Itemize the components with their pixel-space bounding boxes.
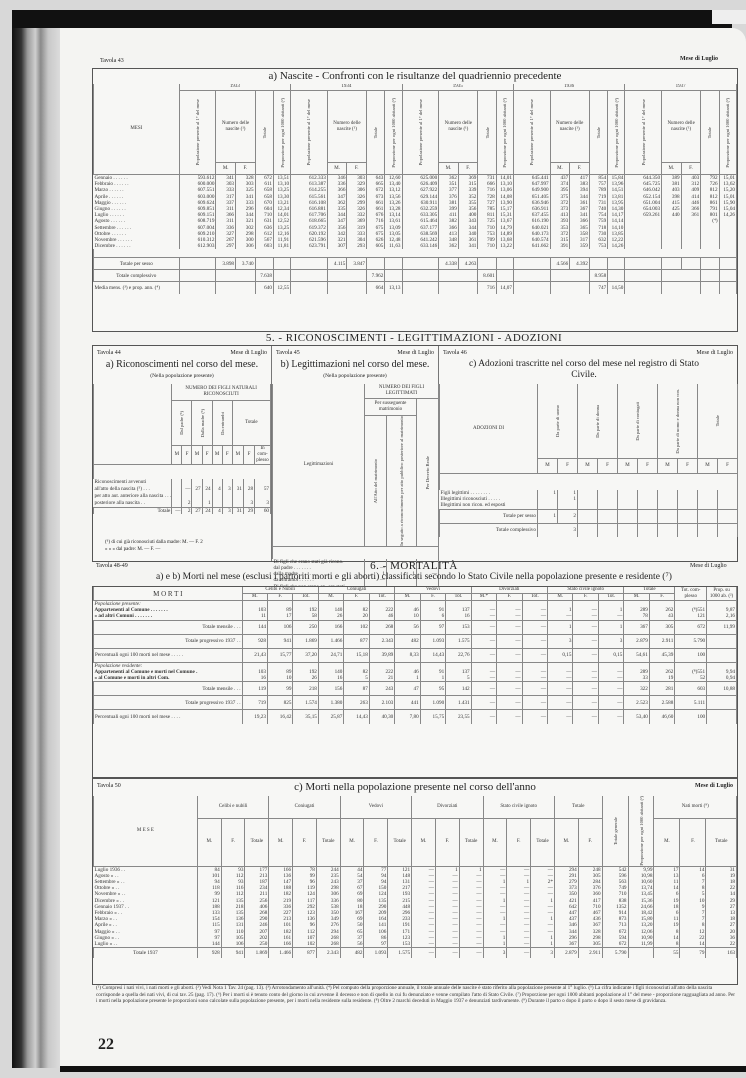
table-cell: 612.333 <box>291 175 328 182</box>
sex-header: M. <box>550 163 570 175</box>
table-cell <box>293 662 318 669</box>
table-cell: 46,60 <box>649 710 674 724</box>
table-cell <box>624 662 649 669</box>
table-cell: 16 <box>318 675 343 682</box>
sex-header: M. <box>197 819 221 867</box>
sex-header: M. <box>340 819 364 867</box>
table-cell: — <box>412 948 436 958</box>
table-cell: 672 <box>602 941 628 948</box>
table-cell: 1 <box>531 941 555 948</box>
sex-header: M. <box>554 819 578 867</box>
sex-header: F <box>202 446 212 465</box>
table-cell: 941 <box>221 948 245 958</box>
table-cell <box>291 270 328 282</box>
table-cell <box>707 662 737 669</box>
table-cell: 1.869 <box>245 948 269 958</box>
table-cell: 8,33 <box>395 648 420 662</box>
table-cell: 250 <box>245 941 269 948</box>
table-cell: 3 <box>255 500 271 507</box>
totale-complessivo-label: Totale complessivo <box>94 270 180 282</box>
group-header: Totale generale <box>602 796 628 866</box>
row-label: » al Comune e morti in altri Com. <box>94 675 243 682</box>
totale-progressivo-row: Totale progressivo 1937 . .7198251.5741.… <box>94 696 737 710</box>
group-header: Totale <box>554 796 602 819</box>
table-cell: 542 <box>602 866 628 873</box>
table-cell: 40,30 <box>369 710 394 724</box>
table-cell: 106 <box>221 941 245 948</box>
table-cell: 2.103 <box>369 696 394 710</box>
table-cell: 19,23 <box>242 710 267 724</box>
totale-progressivo-row: Totale progressivo 1937 . .9289411.8691.… <box>94 634 737 648</box>
table-cell: 8.958 <box>589 270 607 282</box>
table-cell: 22 <box>706 941 737 948</box>
table-cell: 341 <box>216 175 236 182</box>
col-header: Totale <box>698 384 738 459</box>
col-header: Da entrambi <box>212 401 232 446</box>
table-cell: — <box>435 941 459 948</box>
table-cell: 14,50 <box>608 282 625 294</box>
table-cell <box>662 258 682 270</box>
vertical-header: Totale <box>715 415 720 426</box>
col-header: Da parte di donna <box>578 384 618 459</box>
table-cell: 121 <box>675 613 707 620</box>
table-cell: 268 <box>316 941 340 948</box>
group-header: NUMERO DEI FIGLI LEGITTIMATI <box>365 384 439 399</box>
riconoscimenti-title: a) Riconoscimenti nel corso del mese. <box>93 359 271 370</box>
table-cell: 625.000 <box>402 175 439 182</box>
table-cell: 8.601 <box>478 270 496 282</box>
table-cell: — <box>573 620 598 634</box>
totale-sesso-row: Totale per sesso12 <box>440 509 738 523</box>
table-cell <box>707 696 737 710</box>
table-cell <box>625 270 662 282</box>
table-cell: 39,89 <box>369 648 394 662</box>
table-cell: — <box>497 634 522 648</box>
table-cell: — <box>598 613 623 620</box>
prop-header: Proporzione per ogni 1000 abitanti (²) <box>496 91 513 175</box>
table-cell <box>658 509 678 523</box>
table-cell <box>212 500 222 507</box>
table-cell: 1.575 <box>388 948 412 958</box>
morti-anno-frame: Tavola 50 Mese di Luglio c) Morti nella … <box>92 778 738 985</box>
table-cell <box>698 523 718 537</box>
table-cell: 305 <box>578 941 602 948</box>
vertical-header: Totale <box>707 127 712 138</box>
num-header: Numero delle nascite (¹) <box>439 91 478 163</box>
vertical-header: Popolazione presente al 1° del mese <box>195 99 200 165</box>
table-cell <box>202 493 212 500</box>
sex-header: M. <box>439 163 459 175</box>
table-cell: 362 <box>439 175 459 182</box>
table-cell: 1 <box>435 866 459 873</box>
sex-header: Tot. <box>446 594 471 601</box>
sex-header: M. <box>327 163 347 175</box>
tot-header: Totale <box>366 91 384 175</box>
table-cell: 389 <box>662 175 682 182</box>
table-cell: 102 <box>344 620 369 634</box>
table-cell <box>478 258 496 270</box>
table-cell: 29 <box>243 507 254 514</box>
vertical-header: Popolazione presente al 1° del mese <box>641 99 646 165</box>
table-cell: 367 <box>554 941 578 948</box>
vertical-header: Dalla madre (⁶) <box>200 409 205 437</box>
table-cell: 1.574 <box>293 696 318 710</box>
section-label: Popolazione presente: <box>94 601 243 608</box>
table-cell: 26 <box>318 613 343 620</box>
sex-header: Totale <box>459 819 483 867</box>
legittimazioni-panel: Tavola 45 Mese di Luglio b) Legittimazio… <box>272 346 439 561</box>
table-cell: 6 <box>420 613 445 620</box>
table-cell: 100 <box>675 648 707 662</box>
table-cell: — <box>522 648 547 662</box>
table-cell: 1 <box>202 500 212 507</box>
table-cell <box>273 270 290 282</box>
table-cell <box>212 479 222 486</box>
table-cell: 825 <box>267 696 292 710</box>
sex-header: M <box>232 446 243 465</box>
table-cell <box>662 270 701 282</box>
sex-header: M. <box>269 819 293 867</box>
vertical-header: Totale <box>485 127 490 138</box>
table-cell: 79 <box>680 948 706 958</box>
table-cell: 121 <box>388 866 412 873</box>
table-cell <box>678 502 698 509</box>
totale-sesso-row: Totale per sesso3.8983.7404.1153.8474.33… <box>94 258 737 270</box>
table-cell: 1 <box>483 941 507 948</box>
table-cell: 2 <box>558 509 578 523</box>
table-cell: 603 <box>675 682 707 696</box>
sex-header: Totale <box>531 819 555 867</box>
tavola-46-label: Tavola 46 <box>443 350 467 356</box>
table-cell <box>719 282 736 294</box>
table-cell: 46 <box>369 613 394 620</box>
table-row: » ad altri Comuni . . . . . . .111758262… <box>94 613 737 620</box>
media-row: Media mens. (³) e prop. ann. (⁴)64012,55… <box>94 282 737 294</box>
vertical-header: Popolazione presente al 1° del mese <box>529 99 534 165</box>
table-cell: 16,42 <box>267 710 292 724</box>
table-cell: — <box>573 696 598 710</box>
totale-complessivo-row: Totale complessivo7.6387.9628.6018.958 <box>94 270 737 282</box>
table-cell: 60 <box>255 507 271 514</box>
col-header: Dal padre (⁶) <box>172 401 192 446</box>
row-label: all'atto della nascita (⁵) . . . <box>94 486 172 493</box>
table-cell: 3 <box>598 634 623 648</box>
table-cell <box>707 634 737 648</box>
table-row: Riconoscimenti avvenuti <box>94 479 271 486</box>
table-cell: 33 <box>624 675 649 682</box>
mortalita-title: a) e b) Morti nel mese (esclusi i partor… <box>92 572 736 582</box>
vertical-header: Popolazione presente al 1° del mese <box>306 99 311 165</box>
table-cell: 166 <box>269 866 293 873</box>
table-cell: — <box>471 696 496 710</box>
vertical-header: Dal padre (⁶) <box>179 411 184 435</box>
table-cell <box>598 523 618 537</box>
totale-compl-label: Totale complessivo <box>440 523 538 537</box>
table-cell <box>179 282 216 294</box>
table-cell <box>192 493 202 500</box>
table-cell <box>242 662 267 669</box>
table-cell: 3 <box>548 634 573 648</box>
sex-header: Totale <box>316 819 340 867</box>
table-cell: 87 <box>344 682 369 696</box>
table-cell <box>273 546 439 559</box>
table-cell <box>573 601 598 608</box>
table-cell: 2,16 <box>707 613 737 620</box>
table-cell <box>701 282 719 294</box>
table-cell: 218 <box>293 682 318 696</box>
col-header: In seguito a riconoscimento per atto pub… <box>387 416 417 547</box>
table-row: Gennaio . . . . . .593.61234132867213,51… <box>94 175 737 182</box>
table-cell <box>678 509 698 523</box>
table-cell: 177 <box>245 866 269 873</box>
table-cell: 3 <box>222 507 232 514</box>
table-cell: 294 <box>554 866 578 873</box>
table-cell: 1.575 <box>446 634 471 648</box>
table-cell <box>182 493 192 500</box>
mortalita-table-frame: M O R T ICelibi e NubiliConiugatiVedoviD… <box>92 586 738 778</box>
table-cell: 56 <box>340 941 364 948</box>
table-cell <box>222 500 232 507</box>
table-cell <box>608 270 625 282</box>
table-cell: — <box>598 682 623 696</box>
table-cell <box>216 270 255 282</box>
sex-header: F <box>598 459 618 474</box>
table-cell: 482 <box>340 948 364 958</box>
sex-header: Tot. <box>293 594 318 601</box>
table-cell: 97 <box>420 620 445 634</box>
table-cell: 322 <box>624 682 649 696</box>
num-header: Numero delle nascite (¹) <box>216 91 255 163</box>
sex-header: M. <box>548 594 573 601</box>
vertical-header: Totale <box>373 127 378 138</box>
table-cell: 643 <box>366 175 384 182</box>
table-cell <box>701 270 719 282</box>
table-cell <box>202 479 212 486</box>
vertical-header: Per Decreto Reale <box>425 456 430 489</box>
sex-header: M. <box>395 594 420 601</box>
sex-header: M. <box>483 819 507 867</box>
legittimazioni-title: b) Legittimazioni nel corso del mese. <box>272 359 438 370</box>
table-cell: 3.847 <box>347 258 367 270</box>
sex-header: Totale <box>388 819 412 867</box>
table-cell <box>598 502 618 509</box>
table-cell <box>94 465 271 480</box>
table-cell <box>255 258 273 270</box>
subgroup-header: Per susseguente matrimonio <box>365 399 417 416</box>
table-cell: 3 <box>483 948 507 958</box>
table-cell: 14,43 <box>420 648 445 662</box>
table-cell <box>192 479 202 486</box>
table-cell <box>344 662 369 669</box>
table-cell: 10,88 <box>707 682 737 696</box>
table-cell: 47 <box>395 682 420 696</box>
table-cell <box>255 493 271 500</box>
table-cell <box>578 502 598 509</box>
scan-corner <box>712 10 746 24</box>
table-cell: 1 <box>459 866 483 873</box>
sex-header: M <box>658 459 678 474</box>
table-cell: 731 <box>478 175 496 182</box>
table-cell: 417 <box>570 175 590 182</box>
vertical-header: Da entrambi <box>220 412 225 435</box>
table-cell: 672 <box>255 175 273 182</box>
sex-header: F. <box>267 594 292 601</box>
table-cell <box>550 282 589 294</box>
morti-anno-table: M E S ECelibi e nubiliConiugatiVedoviDiv… <box>93 796 737 958</box>
table-cell: 268 <box>369 620 394 634</box>
table-cell: 369 <box>458 175 478 182</box>
note-padre: » » » dal padre: M. — F. — <box>105 547 160 552</box>
table-cell: — <box>573 648 598 662</box>
table-cell: 14 <box>680 866 706 873</box>
table-cell: — <box>459 948 483 958</box>
table-cell: 640 <box>255 282 273 294</box>
table-cell: — <box>497 613 522 620</box>
sex-header: M <box>538 459 558 474</box>
table-cell <box>273 258 290 270</box>
table-cell: 144 <box>242 620 267 634</box>
table-cell: 153 <box>388 941 412 948</box>
vertical-header: Da parte di uomo e donna non con. <box>675 389 680 454</box>
table-cell: 941 <box>267 634 292 648</box>
table-cell <box>232 479 243 486</box>
table-cell <box>698 502 718 509</box>
row-label: per atto aut. anteriore alla nascita . .… <box>94 493 172 500</box>
vertical-header: Totale generale <box>613 817 618 845</box>
group-header: Coniugati <box>269 796 340 819</box>
table-cell: 367 <box>624 620 649 634</box>
vertical-header: Da parte di coniugati <box>635 402 640 441</box>
sex-header: F. <box>578 819 602 867</box>
table-cell: 20 <box>344 613 369 620</box>
table-cell: 243 <box>369 682 394 696</box>
sex-header: M. <box>412 819 436 867</box>
mortalita-grid: M O R T ICelibi e NubiliConiugatiVedoviD… <box>93 587 737 724</box>
table-cell: 1 <box>420 675 445 682</box>
table-cell: 644.350 <box>625 175 662 182</box>
table-cell: — <box>522 675 547 682</box>
sex-header: F. <box>364 819 388 867</box>
prop-header: Proporzione per ogni 1000 abitanti (²) <box>608 91 625 175</box>
table-cell: 2 <box>182 500 192 507</box>
table-cell: 664 <box>366 282 384 294</box>
table-cell <box>369 662 394 669</box>
tot-header: Totale <box>255 91 273 175</box>
table-cell <box>497 601 522 608</box>
col-header: All'Atto del matrimonio <box>365 416 387 547</box>
sex-header: F. <box>681 163 701 175</box>
table-cell: 4.392 <box>570 258 590 270</box>
table-cell: — <box>522 620 547 634</box>
table-cell: 163 <box>706 948 737 958</box>
table-cell: 1.093 <box>364 948 388 958</box>
table-cell: 1.869 <box>293 634 318 648</box>
totale-label: Totale <box>94 507 172 514</box>
percentuali-row: Percentuali ogni 100 morti nel mese . . … <box>94 710 737 724</box>
vertical-header: Totale <box>596 127 601 138</box>
table-cell <box>638 509 658 523</box>
totale-mensile-row: Totale mensile . . .11999218156872434795… <box>94 682 737 696</box>
table-cell: — <box>573 675 598 682</box>
table-cell <box>513 282 550 294</box>
tavola-43-label: Tavola 43 <box>100 58 124 64</box>
table-cell: 1 <box>395 675 420 682</box>
table-cell: — <box>507 941 531 948</box>
table-cell: 16 <box>446 613 471 620</box>
table-cell <box>578 523 598 537</box>
col-header: Da parte di uomo e donna non con. <box>658 384 698 459</box>
totale-label: Totale 1937 <box>94 948 198 958</box>
table-cell: — <box>548 613 573 620</box>
group-header: Stato civile ignoto <box>483 796 554 819</box>
table-cell: 854 <box>589 175 607 182</box>
table-cell <box>496 270 513 282</box>
sex-header: M <box>698 459 718 474</box>
table-cell <box>172 486 182 493</box>
table-cell: 3 <box>222 486 232 493</box>
table-cell: 11,99 <box>707 620 737 634</box>
table-cell: — <box>573 710 598 724</box>
group-header: Tot. com-plesso <box>675 587 707 601</box>
table-cell <box>179 258 216 270</box>
media-label: Media mens. (³) e prop. ann. (⁴) <box>94 282 180 294</box>
tavola-43-month: Mese di Luglio <box>680 56 718 62</box>
vertical-header: In seguito a riconoscimento per atto pub… <box>399 416 404 546</box>
table-cell: 5.111 <box>675 696 707 710</box>
num-header: Numero delle nascite (¹) <box>550 91 589 163</box>
table-row: per atto aut. anteriore alla nascita . .… <box>94 493 271 500</box>
table-cell: 166 <box>318 620 343 634</box>
table-cell <box>182 479 192 486</box>
table-cell <box>446 601 471 608</box>
sex-header: Tot. <box>598 594 623 601</box>
table-cell <box>291 282 328 294</box>
table-cell: 672 <box>675 620 707 634</box>
table-cell: 716 <box>478 282 496 294</box>
table-cell: 25,87 <box>318 710 343 724</box>
table-cell: 250 <box>293 620 318 634</box>
table-cell: 2.523 <box>624 696 649 710</box>
table-cell <box>701 258 719 270</box>
table-cell: 142 <box>446 682 471 696</box>
table-cell: 10 <box>267 675 292 682</box>
table-cell: 281 <box>649 682 674 696</box>
table-cell: 97 <box>364 941 388 948</box>
table-cell: 14 <box>680 941 706 948</box>
morti-anno-title: c) Morti nella popolazione presente nel … <box>93 781 737 793</box>
table-cell <box>242 601 267 608</box>
sex-header: In com-plesso <box>255 446 271 465</box>
table-cell: — <box>471 620 496 634</box>
pop-header: Popolazione presente al 1° del mese <box>291 91 328 175</box>
table-cell <box>550 270 589 282</box>
sex-header: M. <box>242 594 267 601</box>
table-cell: 37,20 <box>293 648 318 662</box>
table-cell <box>522 601 547 608</box>
table-cell: 4.115 <box>327 258 347 270</box>
section-5-frame: Tavola 44 Mese di Luglio a) Riconoscimen… <box>92 345 738 562</box>
table-cell <box>658 502 678 509</box>
vertical-header: Proporzione per ogni 1000 abitanti (²) <box>639 796 644 866</box>
row-header: M O R T I <box>94 587 243 601</box>
table-cell <box>638 523 658 537</box>
table-cell: LegittimazioniNUMERO DEI FIGLI LEGITTIMA… <box>273 384 439 399</box>
table-cell: 31 <box>232 507 243 514</box>
table-cell: 144 <box>197 941 221 948</box>
row-label: Totale progressivo 1937 . . <box>94 634 243 648</box>
table-cell: 305 <box>649 620 674 634</box>
table-cell: 3.740 <box>236 258 256 270</box>
